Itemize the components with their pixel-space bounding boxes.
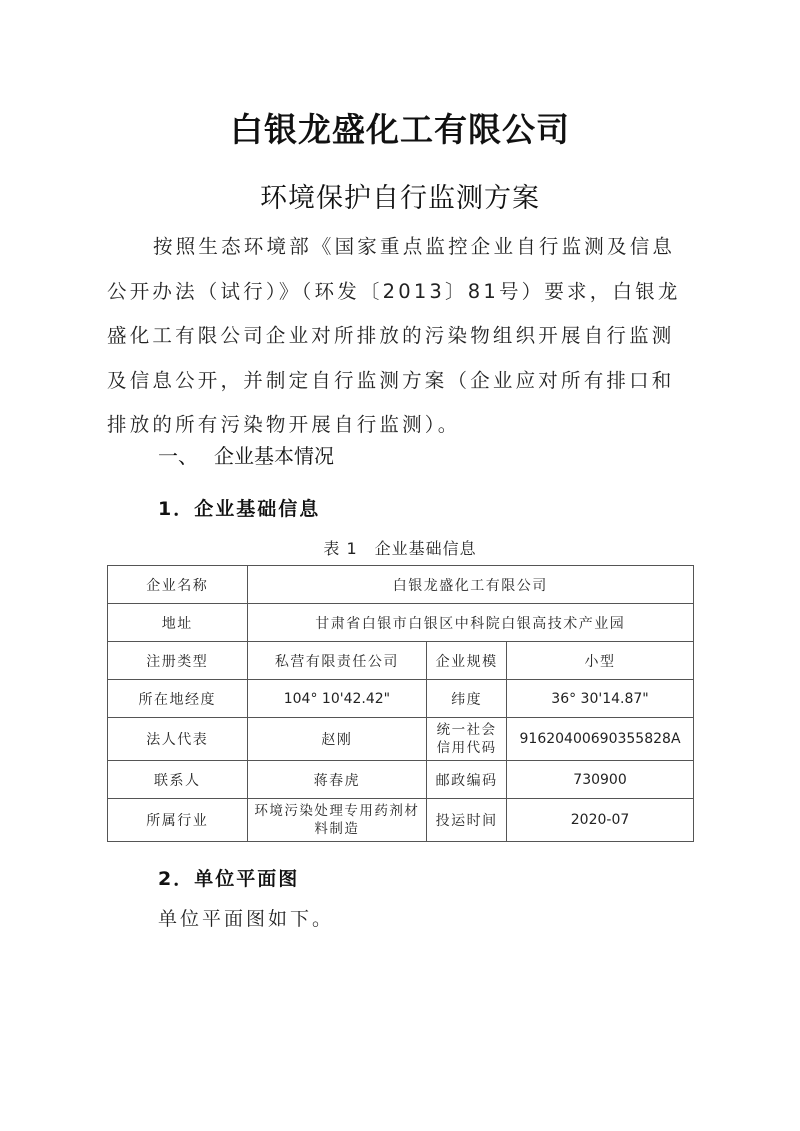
- table-label-cell: 地址: [108, 604, 248, 642]
- table-value-cell: 环境污染处理专用药剂材料制造: [247, 799, 427, 842]
- section-heading-1: 一、企业基本情况: [158, 440, 334, 469]
- table-value-cell: 甘肃省白银市白银区中科院白银高技术产业园: [247, 604, 693, 642]
- table-caption: 表 1 企业基础信息: [0, 536, 800, 559]
- enterprise-info-table: 企业名称 白银龙盛化工有限公司 地址 甘肃省白银市白银区中科院白银高技术产业园 …: [107, 565, 694, 842]
- table-label-cell: 纬度: [427, 680, 507, 718]
- table-row: 联系人 蒋春虎 邮政编码 730900: [108, 761, 694, 799]
- table-label-cell: 所属行业: [108, 799, 248, 842]
- table-row: 企业名称 白银龙盛化工有限公司: [108, 566, 694, 604]
- table-row: 地址 甘肃省白银市白银区中科院白银高技术产业园: [108, 604, 694, 642]
- table-row: 所属行业 环境污染处理专用药剂材料制造 投运时间 2020-07: [108, 799, 694, 842]
- table-label-cell: 投运时间: [427, 799, 507, 842]
- table-label-cell: 所在地经度: [108, 680, 248, 718]
- table-row: 法人代表 赵刚 统一社会信用代码 91620400690355828A: [108, 718, 694, 761]
- subsection-heading-1: 1．企业基础信息: [158, 494, 320, 521]
- table-value-cell: 小型: [507, 642, 694, 680]
- subsection-heading-2: 2．单位平面图: [158, 864, 299, 891]
- document-title: 白银龙盛化工有限公司: [0, 104, 800, 151]
- subsection-2-body: 单位平面图如下。: [158, 904, 334, 931]
- table-value-cell: 730900: [507, 761, 694, 799]
- table-value-cell: 蒋春虎: [247, 761, 427, 799]
- table-label-cell: 统一社会信用代码: [427, 718, 507, 761]
- table-value-cell: 36° 30'14.87": [507, 680, 694, 718]
- table-value-cell: 91620400690355828A: [507, 718, 694, 761]
- table-row: 所在地经度 104° 10'42.42" 纬度 36° 30'14.87": [108, 680, 694, 718]
- table-value-cell: 赵刚: [247, 718, 427, 761]
- section-number: 一、: [158, 440, 214, 469]
- table-label-cell: 联系人: [108, 761, 248, 799]
- section-title: 企业基本情况: [214, 444, 334, 468]
- table-value-cell: 104° 10'42.42": [247, 680, 427, 718]
- intro-paragraph-text: 按照生态环境部《国家重点监控企业自行监测及信息公开办法（试行）》（环发〔2013…: [107, 235, 681, 436]
- table-label-cell: 法人代表: [108, 718, 248, 761]
- table-label-cell: 企业规模: [427, 642, 507, 680]
- table-label-cell: 注册类型: [108, 642, 248, 680]
- table-value-cell: 白银龙盛化工有限公司: [247, 566, 693, 604]
- document-subtitle: 环境保护自行监测方案: [0, 176, 800, 215]
- table-value-cell: 私营有限责任公司: [247, 642, 427, 680]
- intro-paragraph: 按照生态环境部《国家重点监控企业自行监测及信息公开办法（试行）》（环发〔2013…: [107, 225, 697, 448]
- table-label-cell: 邮政编码: [427, 761, 507, 799]
- table-label-cell: 企业名称: [108, 566, 248, 604]
- table-value-cell: 2020-07: [507, 799, 694, 842]
- table-row: 注册类型 私营有限责任公司 企业规模 小型: [108, 642, 694, 680]
